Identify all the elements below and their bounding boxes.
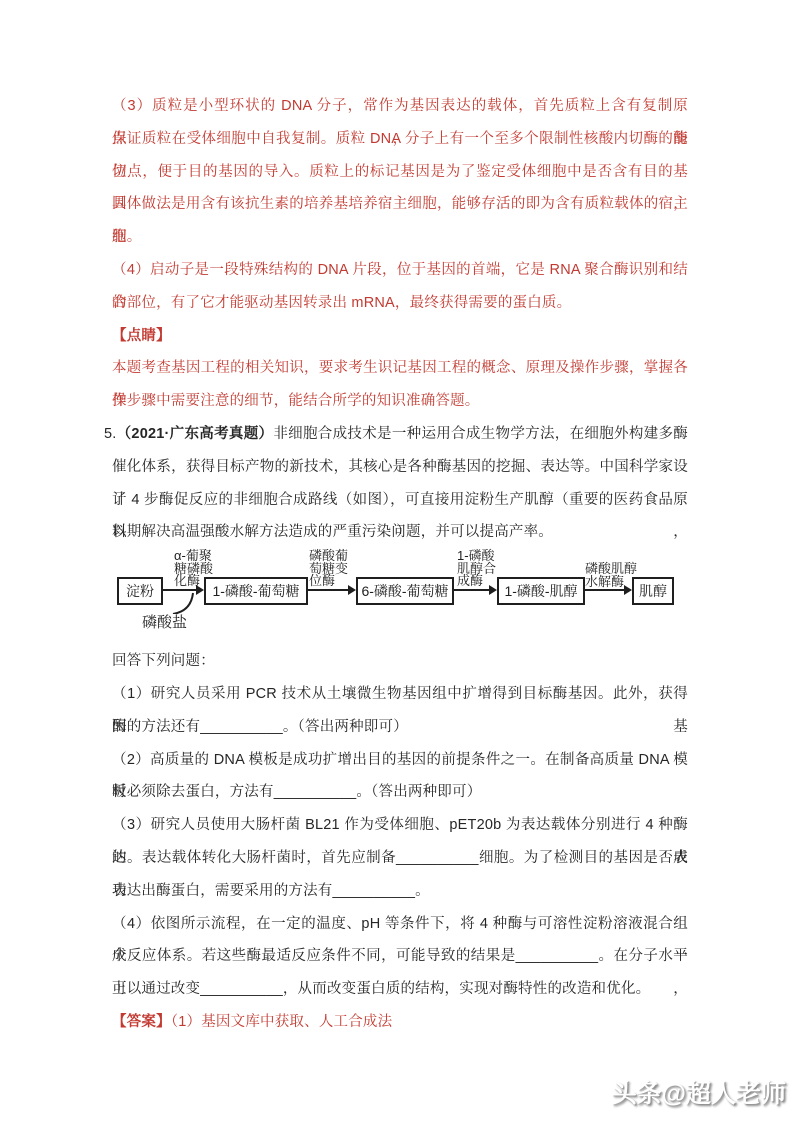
question-5-intro-line: 催化体系，获得目标产物的新技术，其核心是各种酶基因的挖掘、表达等。中国科学家设计 xyxy=(112,451,688,484)
sub-question-4-line: 个反应体系。若这些酶最适反应条件不同，可能导致的结果是__________。在分… xyxy=(112,940,688,973)
arrow-right-icon xyxy=(454,589,490,591)
answer-prompt: 回答下列问题： xyxy=(112,645,688,678)
analysis-para-3-line: 胞。 xyxy=(112,221,688,254)
answer-text: （1）基因文库中获取、人工合成法 xyxy=(171,1014,393,1030)
key-note-line: 作步骤中需要注意的细节，能结合所学的知识准确答题。 xyxy=(112,385,688,418)
arrow-right-icon xyxy=(308,589,349,591)
flow-box-inositol-1-phosphate: 1-磷酸-肌醇 xyxy=(497,577,585,605)
substrate-label-phosphate: 磷酸盐 xyxy=(142,611,187,632)
flow-box-inositol: 肌醇 xyxy=(632,577,674,605)
document-page: （3）质粒是小型环状的 DNA 分子，常作为基因表达的载体，首先质粒上含有复制原… xyxy=(0,0,794,1123)
analysis-para-3-line: （3）质粒是小型环状的 DNA 分子，常作为基因表达的载体，首先质粒上含有复制原… xyxy=(112,90,688,123)
flow-box-starch: 淀粉 xyxy=(117,577,163,605)
sub-question-3-line: 表达出酶蛋白，需要采用的方法有__________。 xyxy=(112,875,688,908)
key-note-label: 【点睛】 xyxy=(112,320,688,353)
question-intro: 非细胞合成技术是一种运用合成生物学方法，在细胞外构建多酶 xyxy=(273,426,688,442)
sub-question-2-line: （2）高质量的 DNA 模板是成功扩增出目的基因的前提条件之一。在制备高质量 D… xyxy=(112,744,688,777)
sub-question-4-line: （4）依图所示流程，在一定的温度、pH 等条件下，将 4 种酶与可溶性淀粉溶液混… xyxy=(112,908,688,941)
enzyme-pathway-diagram: α-葡聚 糖磷酸 化酶 磷酸葡 萄糖变 位酶 1-磷酸 肌醇合 成酶 磷酸肌醇 … xyxy=(112,545,688,645)
enzyme-label-phosphoglucomutase: 磷酸葡 萄糖变 位酶 xyxy=(309,550,348,588)
question-source: （2021·广东高考真题） xyxy=(117,426,274,442)
sub-question-3-line: 达。表达载体转化大肠杆菌时，首先应制备__________细胞。为了检测目的基因… xyxy=(112,842,688,875)
sub-question-1-line: （1）研究人员采用 PCR 技术从土壤微生物基因组中扩增得到目标酶基因。此外，获… xyxy=(112,678,688,711)
analysis-para-4-line: （4）启动子是一段特殊结构的 DNA 片段，位于基因的首端，它是 RNA 聚合酶… xyxy=(112,254,688,287)
sub-question-3-line: （3）研究人员使用大肠杆菌 BL21 作为受体细胞、pET20b 为表达载体分别… xyxy=(112,809,688,842)
question-number: 5. xyxy=(104,426,117,442)
question-5-header: 5.（2021·广东高考真题）非细胞合成技术是一种运用合成生物学方法，在细胞外构… xyxy=(104,418,688,451)
sub-question-4-line: 可以通过改变__________，从而改变蛋白质的结构，实现对酶特性的改造和优化… xyxy=(112,973,688,1006)
flow-box-glucose-6-phosphate: 6-磷酸-葡萄糖 xyxy=(356,577,454,605)
watermark: 头条@超人老师 xyxy=(612,1074,786,1110)
enzyme-label-inositol-phosphate-synthase: 1-磷酸 肌醇合 成酶 xyxy=(457,550,496,588)
sub-question-2-line: 时必须除去蛋白，方法有__________。（答出两种即可） xyxy=(112,776,688,809)
analysis-para-3-line: 保证质粒在受体细胞中自我复制。质粒 DNA 分子上有一个至多个限制性核酸内切酶的… xyxy=(112,123,688,156)
arrow-right-icon xyxy=(163,589,197,591)
analysis-para-3-line: 具体做法是用含有该抗生素的培养基培养宿主细胞，能够存活的即为含有质粒载体的宿主细 xyxy=(112,188,688,221)
question-5-intro-line: 了 4 步酶促反应的非细胞合成路线（如图），可直接用淀粉生产肌醇（重要的医药食品… xyxy=(112,484,688,517)
flow-box-glucose-1-phosphate: 1-磷酸-葡萄糖 xyxy=(204,577,308,605)
answer-line: 【答案】（1）基因文库中获取、人工合成法 xyxy=(112,1006,688,1039)
text-column: （3）质粒是小型环状的 DNA 分子，常作为基因表达的载体，首先质粒上含有复制原… xyxy=(112,90,688,1039)
answer-label: 【答案】 xyxy=(112,1014,171,1030)
arrow-right-icon xyxy=(585,589,625,591)
analysis-para-3-line: 位点，便于目的基因的导入。质粒上的标记基因是为了鉴定受体细胞中是否含有目的基因， xyxy=(112,156,688,189)
key-note-line: 本题考查基因工程的相关知识，要求考生识记基因工程的概念、原理及操作步骤，掌握各操 xyxy=(112,352,688,385)
analysis-para-4-line: 的部位，有了它才能驱动基因转录出 mRNA，最终获得需要的蛋白质。 xyxy=(112,287,688,320)
